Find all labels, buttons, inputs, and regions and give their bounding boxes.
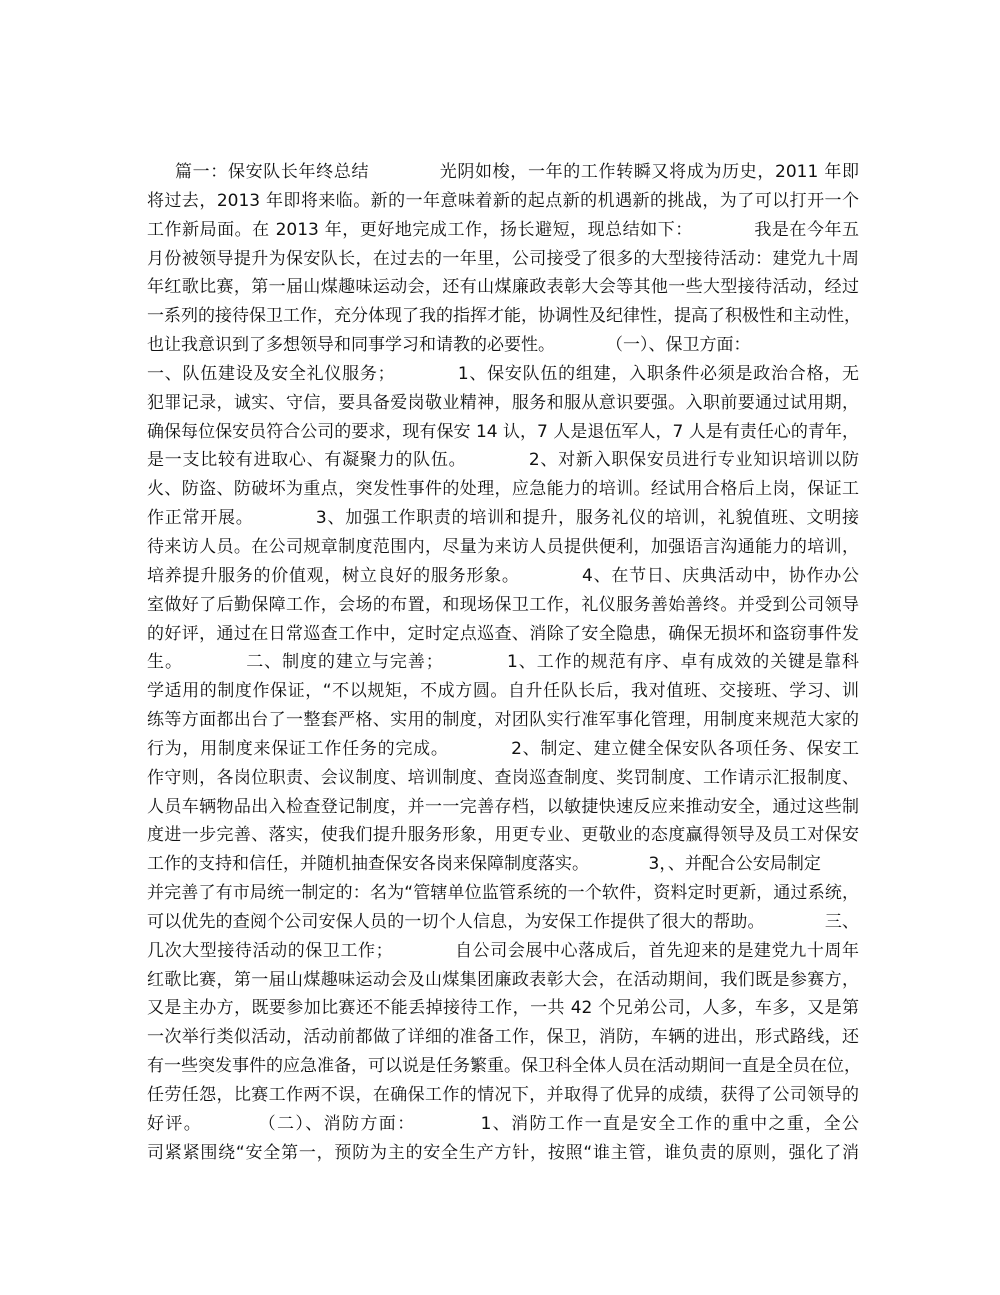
text-line: 一次举行类似活动，活动前都做了详细的准备工作，保卫，消防，车辆的进出，形式路线，…: [147, 1023, 859, 1052]
text-line: 几次大型接待活动的保卫工作； 自公司会展中心落成后，首先迎来的是建党九十周年: [147, 937, 859, 966]
text-line: 有一些突发事件的应急准备，可以说是任务繁重。保卫科全体人员在活动期间一直是全员在…: [147, 1052, 859, 1081]
text-line: 年红歌比赛，第一届山煤趣味运动会，还有山煤廉政表彰大会等其他一些大型接待活动，经…: [147, 273, 859, 302]
text-line: 作守则，各岗位职责、会议制度、培训制度、查岗巡查制度、奖罚制度、工作请示汇报制度…: [147, 764, 859, 793]
text-line: 红歌比赛，第一届山煤趣味运动会及山煤集团廉政表彰大会，在活动期间，我们既是参赛方…: [147, 966, 859, 995]
text-line: 也让我意识到了多想领导和同事学习和请教的必要性。 （一）、保卫方面：: [147, 331, 859, 360]
text-line: 练等方面都出台了一整套严格、实用的制度，对团队实行准军事化管理，用制度来规范大家…: [147, 706, 859, 735]
text-line: 好评。 （二）、消防方面： 1、消防工作一直是安全工作的重中之重，全公: [147, 1110, 859, 1139]
text-line: 室做好了后勤保障工作，会场的布置，和现场保卫工作，礼仪服务善始善终。并受到公司领…: [147, 591, 859, 620]
text-line: 确保每位保安员符合公司的要求，现有保安 14 认，7 人是退伍军人，7 人是有责…: [147, 418, 859, 447]
text-line: 将过去，2013 年即将来临。新的一年意味着新的起点新的机遇新的挑战，为了可以打…: [147, 187, 859, 216]
text-line: 工作的支持和信任，并随机抽查保安各岗来保障制度落实。 3，、并配合公安局制定: [147, 850, 859, 879]
text-line: 行为，用制度来保证工作任务的完成。 2、制定、建立健全保安队各项任务、保安工: [147, 735, 859, 764]
text-line: 火、防盗、防破坏为重点，突发性事件的处理，应急能力的培训。经试用合格后上岗，保证…: [147, 475, 859, 504]
text-line: 任劳任怨，比赛工作两不误，在确保工作的情况下，并取得了优异的成绩，获得了公司领导…: [147, 1081, 859, 1110]
document-body: 篇一：保安队长年终总结 光阴如梭，一年的工作转瞬又将成为历史，2011 年即 将…: [147, 158, 859, 1168]
text-line: 的好评，通过在日常巡查工作中，定时定点巡查、消除了安全隐患，确保无损坏和盗窃事件…: [147, 620, 859, 649]
text-line: 工作新局面。在 2013 年，更好地完成工作，扬长避短，现总结如下： 我是在今年…: [147, 216, 859, 245]
text-line: 度进一步完善、落实，使我们提升服务形象，用更专业、更敬业的态度赢得领导及员工对保…: [147, 821, 859, 850]
text-line: 篇一：保安队长年终总结 光阴如梭，一年的工作转瞬又将成为历史，2011 年即: [147, 158, 859, 187]
text-line: 司紧紧围绕“安全第一，预防为主的安全生产方针，按照“谁主管，谁负责的原则，强化了…: [147, 1139, 859, 1168]
text-line: 又是主办方，既要参加比赛还不能丢掉接待工作，一共 42 个兄弟公司，人多，车多，…: [147, 994, 859, 1023]
text-line: 生。 二、制度的建立与完善； 1、工作的规范有序、卓有成效的关键是靠科: [147, 648, 859, 677]
text-line: 一、队伍建设及安全礼仪服务； 1、保安队伍的组建，入职条件必须是政治合格，无: [147, 360, 859, 389]
text-line: 是一支比较有进取心、有凝聚力的队伍。 2、对新入职保安员进行专业知识培训以防: [147, 446, 859, 475]
text-line: 可以优先的查阅个公司安保人员的一切个人信息，为安保工作提供了很大的帮助。 三、: [147, 908, 859, 937]
text-line: 学适用的制度作保证，“不以规矩，不成方圆。自升任队长后，我对值班、交接班、学习、…: [147, 677, 859, 706]
text-line: 犯罪记录，诚实、守信，要具备爱岗敬业精神，服务和服从意识要强。入职前要通过试用期…: [147, 389, 859, 418]
text-line: 作正常开展。 3、加强工作职责的培训和提升，服务礼仪的培训，礼貌值班、文明接: [147, 504, 859, 533]
text-line: 一系列的接待保卫工作，充分体现了我的指挥才能，协调性及纪律性，提高了积极性和主动…: [147, 302, 859, 331]
document-page: 篇一：保安队长年终总结 光阴如梭，一年的工作转瞬又将成为历史，2011 年即 将…: [0, 0, 1000, 1295]
text-line: 并完善了有市局统一制定的：名为“管辖单位监管系统的一个软件，资料定时更新，通过系…: [147, 879, 859, 908]
text-line: 人员车辆物品出入检查登记制度，并一一完善存档，以敏捷快速反应来推动安全，通过这些…: [147, 793, 859, 822]
text-line: 培养提升服务的价值观，树立良好的服务形象。 4、在节日、庆典活动中，协作办公: [147, 562, 859, 591]
text-line: 月份被领导提升为保安队长，在过去的一年里，公司接受了很多的大型接待活动：建党九十…: [147, 245, 859, 274]
text-line: 待来访人员。在公司规章制度范围内，尽量为来访人员提供便利，加强语言沟通能力的培训…: [147, 533, 859, 562]
